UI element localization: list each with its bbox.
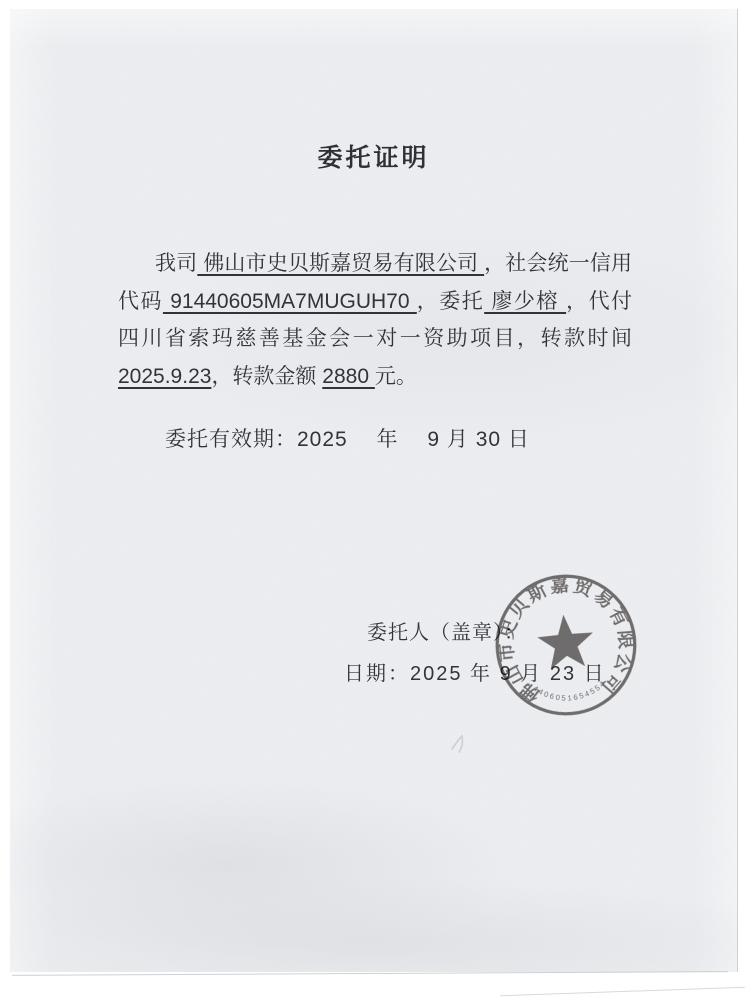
underlined-value: 廖少榕 bbox=[484, 290, 566, 313]
underlined-value: 2025.9.23 bbox=[118, 365, 211, 388]
text-run: 元。 bbox=[375, 365, 417, 388]
underlined-value: 2880 bbox=[322, 365, 375, 388]
text-run: 我司 bbox=[155, 252, 197, 275]
scanned-page: 委托证明 我司 佛山市史贝斯嘉贸易有限公司 ，社会统一信用代码 91440605… bbox=[10, 9, 738, 972]
underlined-value: 91440605MA7MUGUH70 bbox=[163, 290, 417, 313]
seal-star-icon bbox=[536, 612, 596, 670]
text-run: ，委托 bbox=[417, 290, 484, 313]
pen-mark bbox=[448, 733, 474, 759]
document-title: 委托证明 bbox=[10, 138, 737, 174]
validity-line: 委托有效期：2025 年 9 月 30 日 bbox=[165, 423, 530, 453]
text-run: ，转款金额 bbox=[211, 365, 322, 388]
underlined-value: 佛山市史贝斯嘉贸易有限公司 bbox=[197, 252, 484, 275]
body-paragraph: 我司 佛山市史贝斯嘉贸易有限公司 ，社会统一信用代码 91440605MA7MU… bbox=[118, 245, 632, 395]
company-seal-stamp: 佛山市史贝斯嘉贸易有限公司 4406051654554 bbox=[470, 549, 663, 742]
seal-serial-number: 4406051654554 bbox=[531, 678, 610, 706]
scanner-shadow-line bbox=[500, 987, 745, 997]
